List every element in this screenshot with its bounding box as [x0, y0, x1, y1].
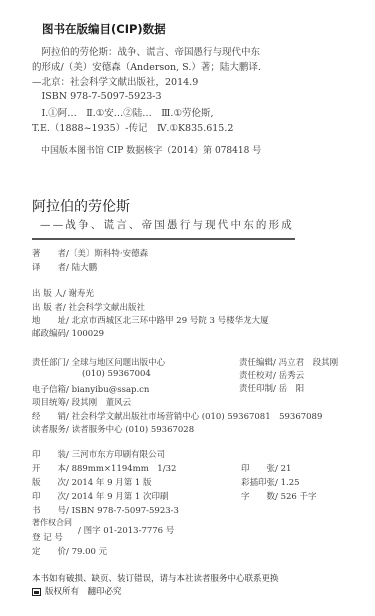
isbn-row: 书 号/ ISBN 978-7-5097-5923-3 [32, 504, 179, 516]
department-label: 责任部门 [32, 356, 66, 368]
book-subtitle: ——战争、谎言、帝国愚行与现代中东的形成 [40, 217, 294, 232]
price-row: 定 价/ 79.00 元 [32, 545, 107, 557]
rights-line: 版权所有 翻印必究 [32, 585, 122, 597]
address-label: 地 址 [32, 314, 66, 326]
project-value: / 段其刚 董风云 [66, 398, 131, 408]
publisher-person-row: 出 版 人/ 谢寿光 [32, 287, 94, 299]
word-count-label: 字 数 [241, 490, 275, 502]
translator-label: 译 者 [32, 261, 66, 273]
impression-value: / 2014 年 9 月第 1 次印刷 [66, 492, 169, 502]
copyright-reg-label-2: 登 记 号 [32, 531, 63, 543]
copyright-reg-label-1: 著作权合同 [32, 517, 72, 528]
translator-row: 译 者/ 陆大鹏 [32, 261, 97, 273]
word-count-value: / 526 千字 [275, 492, 317, 502]
format-value: / 889mm×1194mm 1/32 [66, 464, 176, 474]
email-value: / bianyibu@ssap.cn [66, 385, 149, 395]
color-sheets-value: / 1.25 [275, 478, 300, 488]
postcode-row: 邮政编码/ 100029 [32, 327, 104, 339]
edition-row: 版 次/ 2014 年 9 月第 1 版 [32, 476, 152, 488]
project-row: 项目统筹/ 段其刚 董风云 [32, 396, 131, 408]
cip-class-line: Ⅰ.①阿… Ⅱ.①安…②陆… Ⅲ.①劳伦斯, [32, 106, 213, 121]
proofreader-label: 责任校对 [239, 369, 273, 381]
proofreader-row: 责任校对/ 岳秀云 [239, 369, 304, 381]
reader-service-label: 读者服务 [32, 423, 66, 435]
publisher-value: / 社会科学文献出版社 [63, 303, 145, 313]
editor-value: / 冯立君 段其刚 [273, 358, 338, 368]
printing-supervisor-row: 责任印制/ 岳 阳 [239, 382, 304, 394]
email-label: 电子信箱 [32, 383, 66, 395]
format-row: 开 本/ 889mm×1194mm 1/32 [32, 462, 176, 474]
translator-value: / 陆大鹏 [66, 263, 97, 273]
project-label: 项目统筹 [32, 396, 66, 408]
postcode-value: / 100029 [66, 329, 104, 339]
editor-label: 责任编辑 [239, 356, 273, 368]
format-label: 开 本 [32, 462, 66, 474]
publisher-row: 出 版 者/ 社会科学文献出版社 [32, 301, 145, 313]
cip-class-line: T.E.（1888~1935）-传记 Ⅳ.①K835.615.2 [32, 121, 233, 136]
address-row: 地 址/ 北京市西城区北三环中路甲 29 号院 3 号楼华龙大厦 [32, 314, 269, 326]
cip-line: —北京：社会科学文献出版社，2014.9 [32, 75, 198, 90]
impression-row: 印 次/ 2014 年 9 月第 1 次印刷 [32, 490, 169, 502]
edition-label: 版 次 [32, 476, 66, 488]
color-sheets-row: 彩插印张/ 1.25 [241, 476, 300, 488]
price-label: 定 价 [32, 545, 66, 557]
printing-supervisor-value: / 岳 阳 [273, 384, 304, 394]
rights-text: 版权所有 翻印必究 [45, 587, 122, 597]
sheets-row: 印 张/ 21 [241, 462, 291, 474]
department-row: 责任部门/ 全球与地区问题出版中心 [32, 356, 165, 368]
printer-value: / 三河市东方印刷有限公司 [66, 450, 165, 460]
book-title: 阿拉伯的劳伦斯 [32, 196, 130, 216]
author-label: 著 者 [32, 247, 66, 259]
title-divider [32, 238, 295, 240]
publisher-label: 出 版 者 [32, 301, 63, 313]
postcode-label: 邮政编码 [32, 327, 66, 339]
impression-label: 印 次 [32, 490, 66, 502]
department-phone: (010) 59367004 [82, 369, 151, 379]
reader-service-row: 读者服务/ 读者服务中心 (010) 59367028 [32, 423, 194, 435]
isbn-value: / ISBN 978-7-5097-5923-3 [66, 506, 179, 516]
cip-verification: 中国版本图书馆 CIP 数据核字（2014）第 078418 号 [32, 144, 261, 159]
email-row: 电子信箱/ bianyibu@ssap.cn [32, 383, 149, 395]
address-value: / 北京市西城区北三环中路甲 29 号院 3 号楼华龙大厦 [66, 316, 269, 326]
department-value: / 全球与地区问题出版中心 [66, 358, 165, 368]
cip-heading: 图书在版编目(CIP)数据 [42, 21, 166, 37]
publisher-person-label: 出 版 人 [32, 287, 63, 299]
cip-isbn-line: ISBN 978-7-5097-5923-3 [32, 89, 162, 104]
printer-label: 印 装 [32, 448, 66, 460]
cip-line: 的形成/（美）安德森（Anderson, S.）著；陆大鹏译. [32, 60, 261, 75]
word-count-row: 字 数/ 526 千字 [241, 490, 317, 502]
author-value: /〔美〕斯科特·安德森 [66, 249, 148, 259]
distribution-row: 经 销/ 社会科学文献出版社市场营销中心 (010) 59367081 5936… [32, 410, 322, 422]
distribution-label: 经 销 [32, 410, 66, 422]
printing-supervisor-label: 责任印制 [239, 382, 273, 394]
copyright-reg-value: / 图字 01-2013-7776 号 [78, 524, 174, 536]
author-row: 著 者/〔美〕斯科特·安德森 [32, 247, 148, 259]
publisher-person-value: / 谢寿光 [63, 289, 94, 299]
printer-row: 印 装/ 三河市东方印刷有限公司 [32, 448, 165, 460]
cip-line: 阿拉伯的劳伦斯：战争、谎言、帝国愚行与现代中东 [32, 45, 260, 60]
reader-service-value: / 读者服务中心 (010) 59367028 [66, 425, 194, 435]
proofreader-value: / 岳秀云 [273, 371, 304, 381]
damage-notice: 本书如有破损、缺页、装订错误，请与本社读者服务中心联系更换 [32, 572, 279, 584]
sheets-label: 印 张 [241, 462, 275, 474]
sheets-value: / 21 [275, 464, 291, 474]
editor-row: 责任编辑/ 冯立君 段其刚 [239, 356, 338, 368]
color-sheets-label: 彩插印张 [241, 476, 275, 488]
isbn-label: 书 号 [32, 504, 66, 516]
ssap-logo-icon [32, 588, 41, 596]
price-value: / 79.00 元 [66, 547, 107, 557]
distribution-value: / 社会科学文献出版社市场营销中心 (010) 59367081 5936708… [66, 412, 322, 422]
edition-value: / 2014 年 9 月第 1 版 [66, 478, 152, 488]
